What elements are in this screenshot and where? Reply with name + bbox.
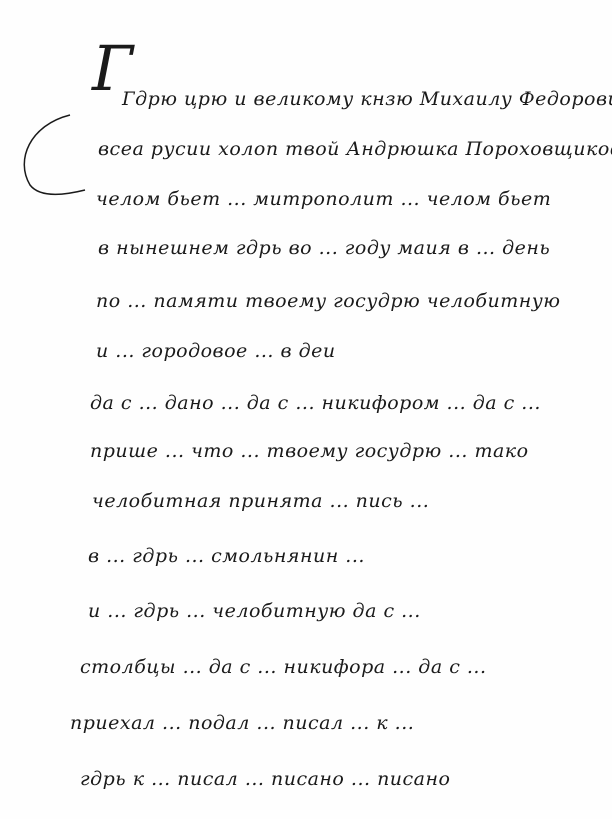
manuscript-line-6: и ... городовое ... в деи: [96, 340, 336, 362]
margin-flourish: [10, 110, 90, 200]
manuscript-line-10: в ... гдрь ... смольнянин ...: [88, 545, 365, 567]
manuscript-line-14: гдрь к ... писал ... писано ... писано: [80, 768, 450, 790]
manuscript-line-2: всеа русии холоп твой Андрюшка Пороховщи…: [98, 138, 612, 160]
manuscript-line-8: прише ... что ... твоему госудрю ... так…: [90, 440, 529, 462]
manuscript-page: Г Гдрю црю и великому кнзю Михаилу Федор…: [0, 0, 612, 819]
manuscript-line-3: челом бьет ... митрополит ... челом бьет: [96, 188, 551, 210]
manuscript-line-9: челобитная принята ... пись ...: [92, 490, 429, 512]
manuscript-line-12: столбцы ... да с ... никифора ... да с .…: [80, 656, 487, 678]
manuscript-line-7: да с ... дано ... да с ... никифором ...…: [90, 392, 541, 414]
manuscript-line-13: приехал ... подал ... писал ... к ...: [70, 712, 414, 734]
manuscript-line-11: и ... гдрь ... челобитную да с ...: [88, 600, 421, 622]
manuscript-line-1: Гдрю црю и великому кнзю Михаилу Федоров…: [122, 88, 612, 110]
manuscript-line-5: по ... памяти твоему госудрю челобитную: [96, 290, 561, 312]
manuscript-line-4: в нынешнем гдрь во ... году маия в ... д…: [98, 237, 550, 259]
